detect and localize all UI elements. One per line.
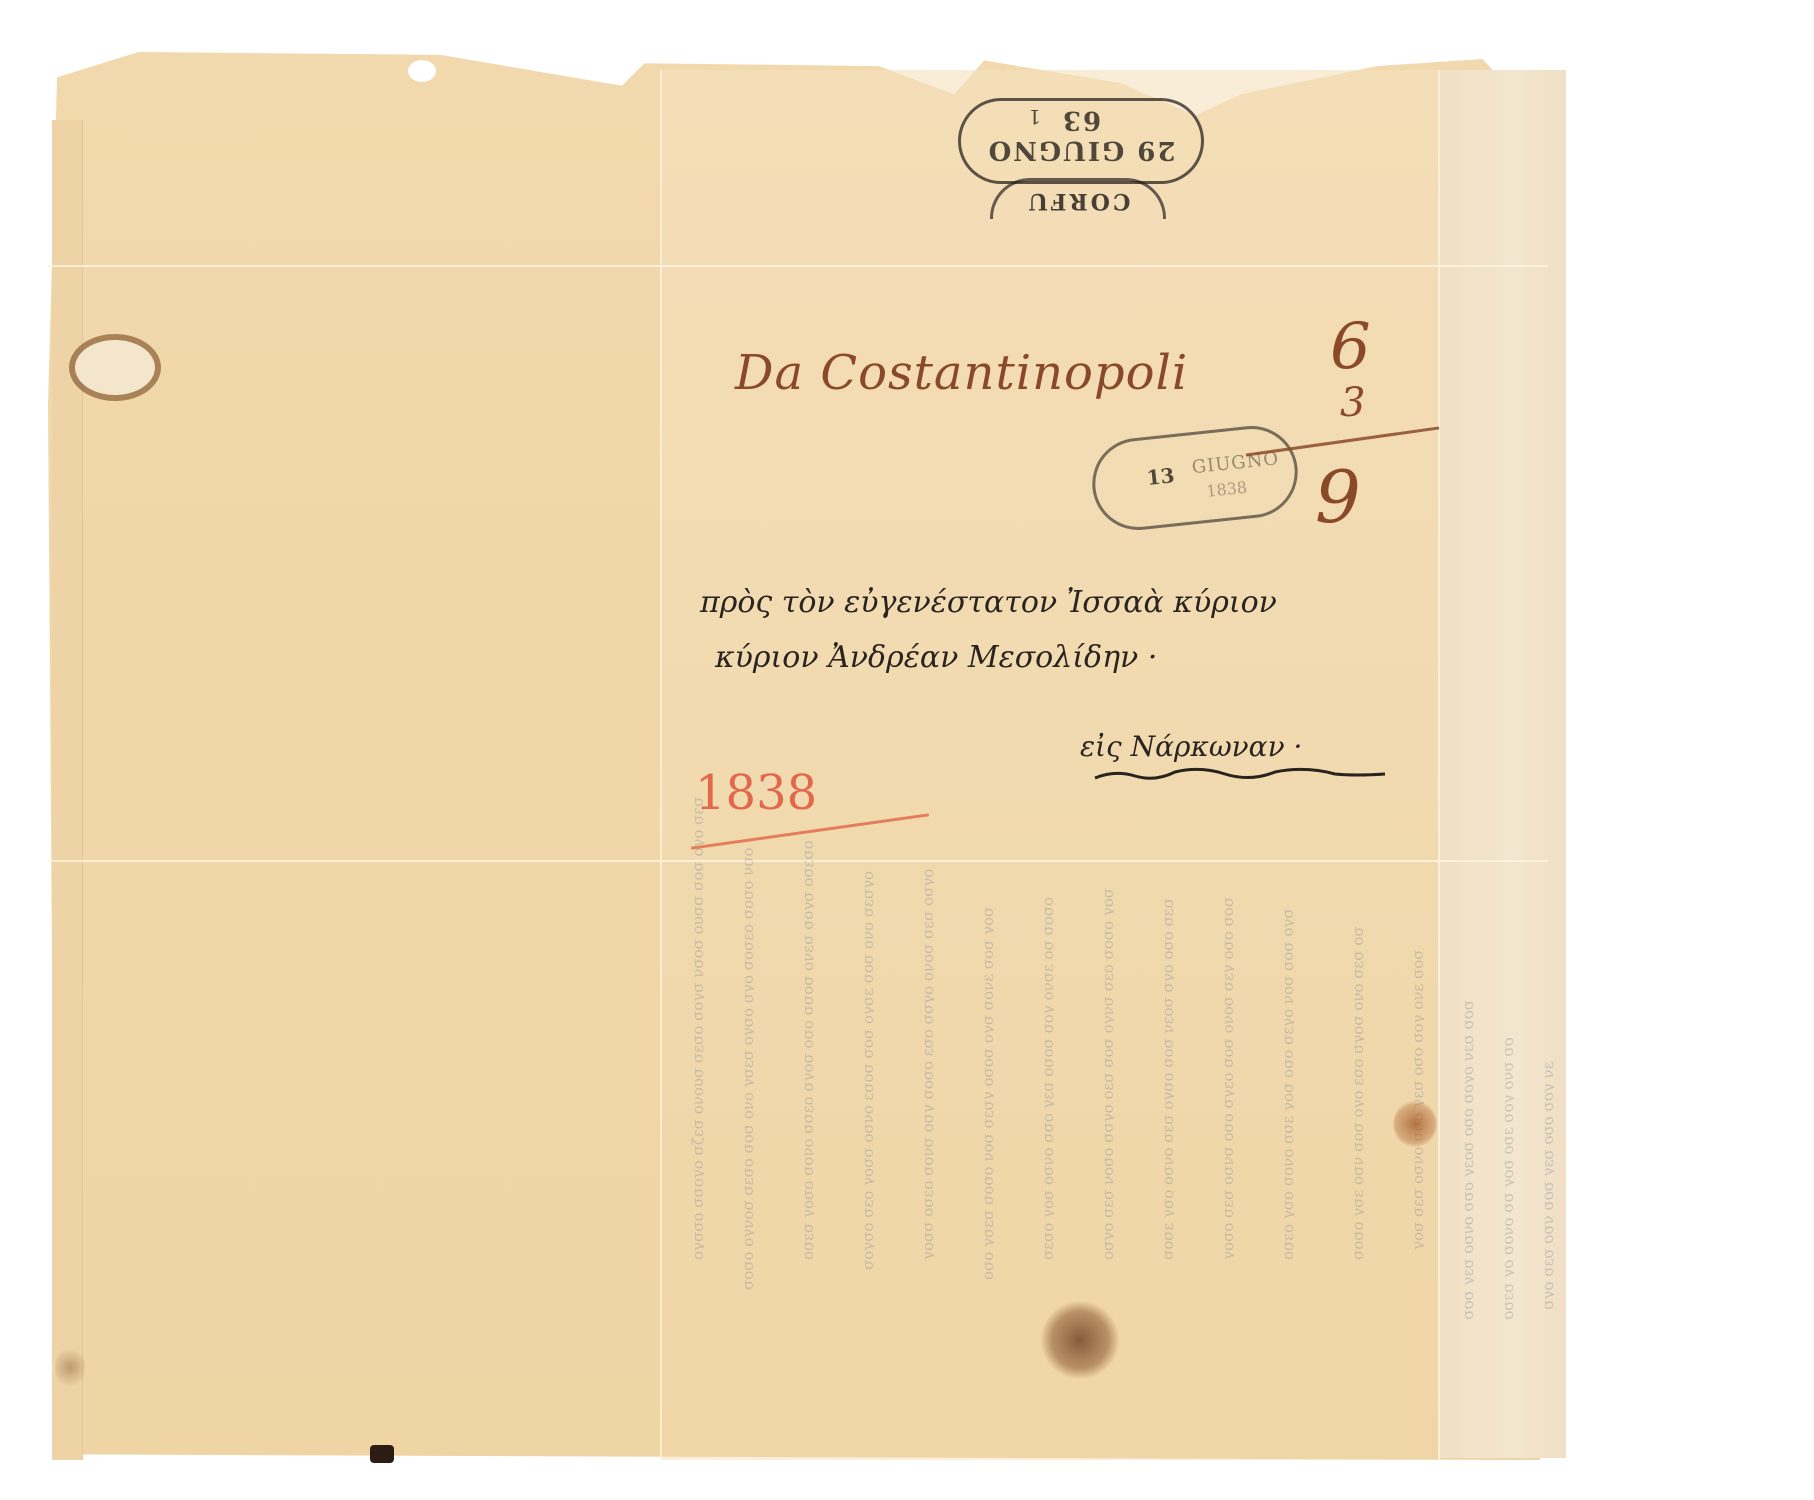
postmark-date: 29 GIUGNO 63 <box>961 105 1201 165</box>
binding-mark <box>370 1445 394 1463</box>
rate-mark-bottom: 9 <box>1315 455 1361 539</box>
address-line-2: κύριον Ἀνδρέαν Μεσολίδην · <box>715 640 1157 675</box>
corfu-postmark-town: CORFU <box>990 178 1166 219</box>
address-line-1: πρὸς τὸν εὐγενέστατον Ἰσσαὰ κύριον <box>700 585 1277 620</box>
horizontal-fold-line <box>48 860 1548 862</box>
corfu-postmark: 29 GIUGNO 63 1 <box>958 98 1204 184</box>
wax-seal-remnant <box>1393 1100 1437 1148</box>
vertical-fold-line <box>660 70 662 1460</box>
letter-sheet: ογσσο σσογο σζεσ ονουσ σεσο σογσ νσοσ ου… <box>0 0 1814 1500</box>
horizontal-fold-line <box>48 265 1548 267</box>
rate-mark-top: 6 <box>1330 310 1371 384</box>
postmark-line1: 1 <box>1028 105 1041 129</box>
vertical-fold-line <box>1438 70 1440 1460</box>
left-fold-flap <box>52 120 83 1460</box>
top-tear-hole <box>408 60 436 82</box>
origin-note: Da Costantinopoli <box>735 345 1188 401</box>
burn-hole <box>75 340 155 395</box>
postmark-year: 1838 <box>1205 478 1247 501</box>
water-stain <box>55 1345 85 1390</box>
docket-year: 1838 <box>695 765 817 821</box>
address-line-3: εἰς Νάρκωναν · <box>1080 730 1302 763</box>
ink-blot <box>1040 1300 1120 1380</box>
signature-flourish <box>1090 760 1390 790</box>
postmark-day: 13 <box>1145 463 1175 490</box>
rate-mark-middle: 3 <box>1340 380 1365 426</box>
